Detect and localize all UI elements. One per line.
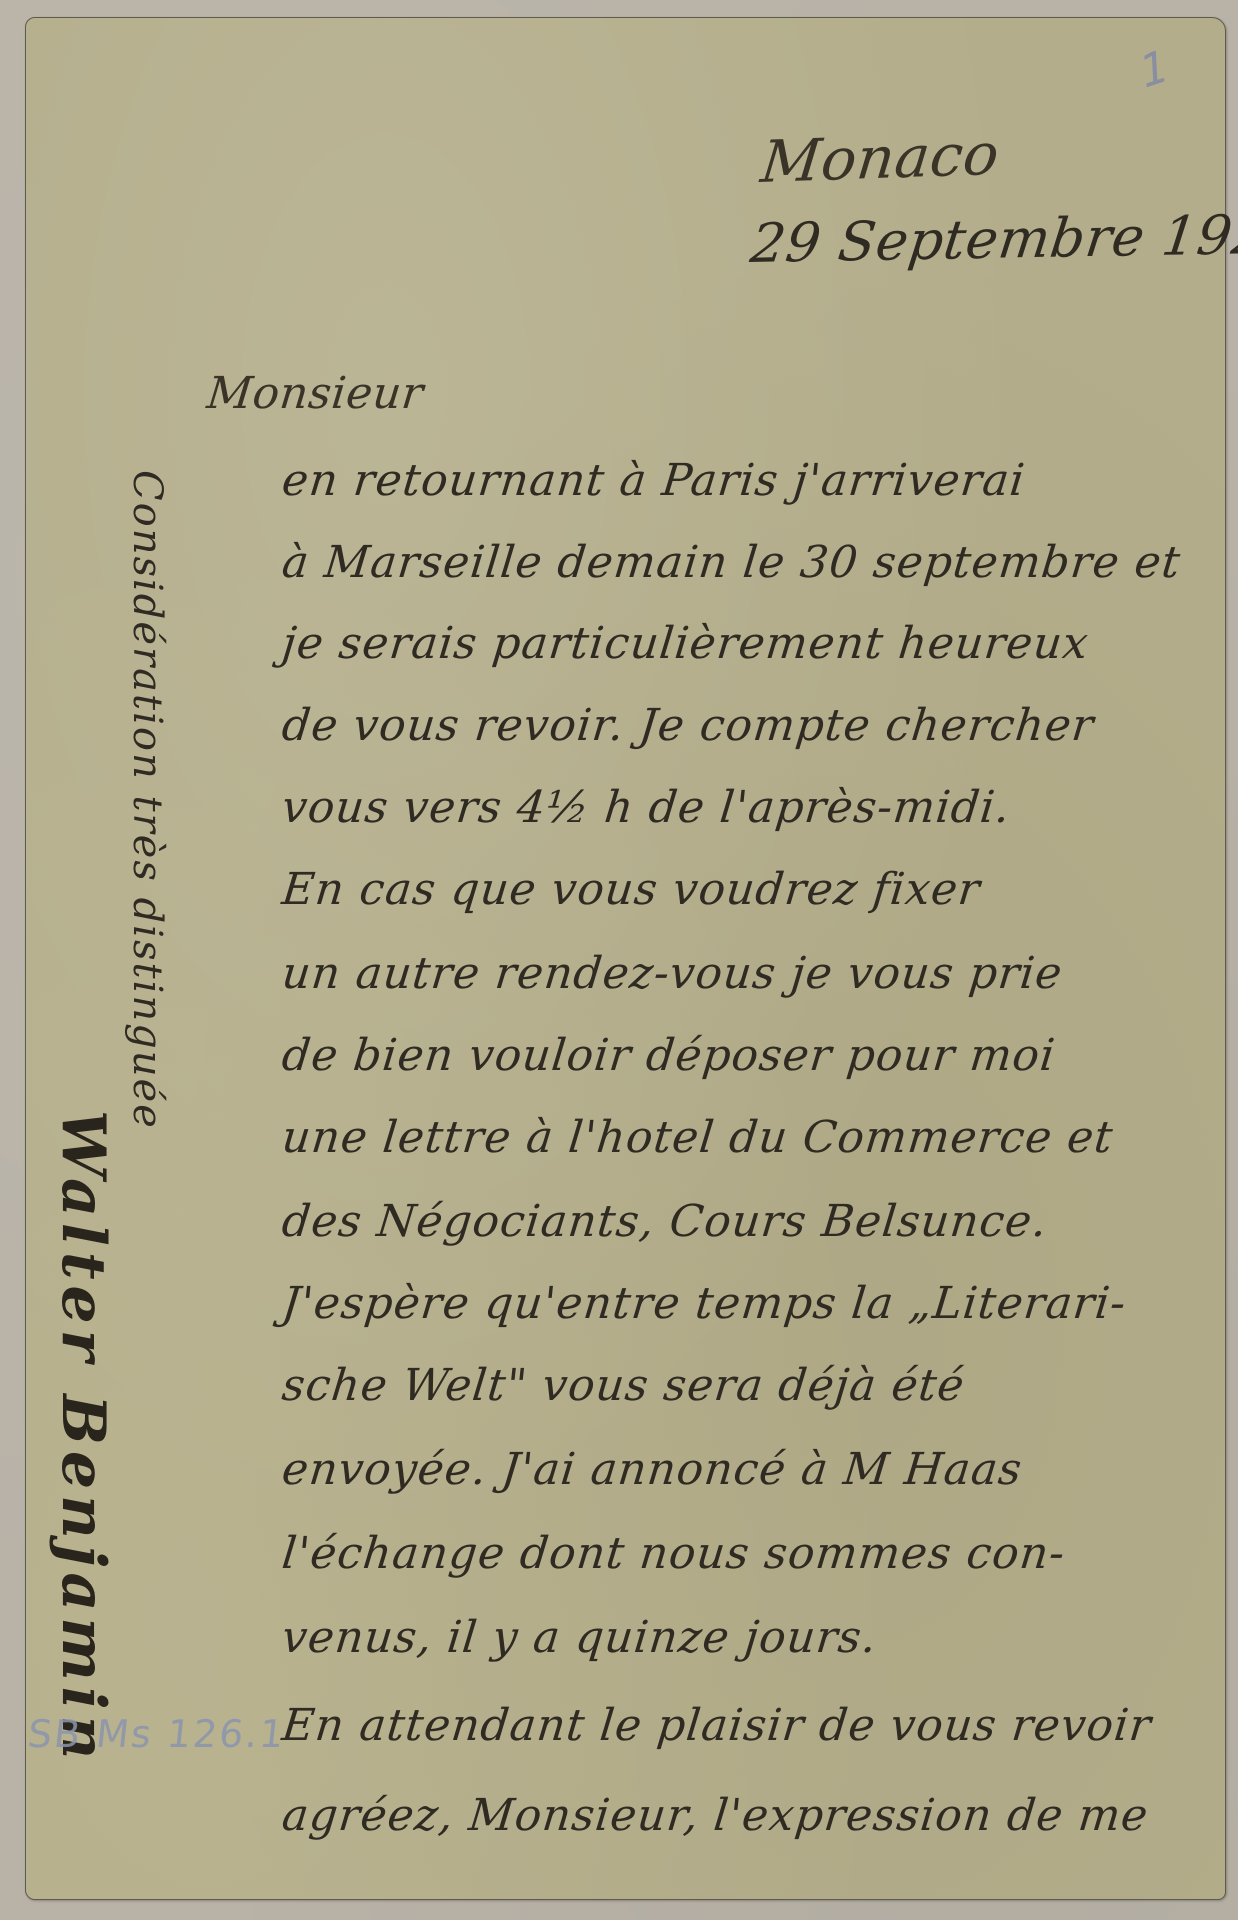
- body-line: de bien vouloir déposer pour moi: [280, 1030, 1058, 1081]
- salutation: Monsieur: [205, 368, 426, 419]
- body-line: vous vers 4½ h de l'après-midi.: [280, 782, 1013, 833]
- body-line: à Marseille demain le 30 septembre et: [280, 537, 1184, 588]
- body-line: agréez, Monsieur, l'expression de me: [280, 1790, 1151, 1841]
- body-line: l'échange dont nous sommes con-: [280, 1528, 1068, 1579]
- body-line: envoyée. J'ai annoncé à M Haas: [280, 1444, 1025, 1495]
- body-line: un autre rendez-vous je vous prie: [280, 948, 1065, 999]
- margin-closing: Considération très distinguée: [124, 470, 170, 1130]
- shelfmark-annotation: SB Ms 126.1: [26, 1712, 288, 1756]
- body-line: venus, il y a quinze jours.: [280, 1612, 880, 1663]
- margin-closing-prefix: Considération: [124, 470, 170, 781]
- body-line: sche Welt" vous sera déjà été: [280, 1360, 968, 1411]
- letter-place: Monaco: [758, 120, 1003, 196]
- body-line: J'espère qu'entre temps la „Literari-: [280, 1278, 1129, 1329]
- body-line: des Négociants, Cours Belsunce.: [280, 1196, 1050, 1247]
- body-line: En cas que vous voudrez fixer: [280, 864, 983, 915]
- folio-number: 1: [1139, 39, 1168, 100]
- body-line: une lettre à l'hotel du Commerce et: [280, 1112, 1116, 1163]
- margin-closing-text: très distinguée: [124, 795, 170, 1129]
- signature: Walter Benjamin: [48, 1110, 118, 1765]
- body-line: En attendant le plaisir de vous revoir: [280, 1700, 1154, 1751]
- body-line: de vous revoir. Je compte chercher: [280, 700, 1097, 751]
- letter-date: 29 Septembre 1926: [747, 202, 1238, 275]
- body-line: en retournant à Paris j'arriverai: [280, 455, 1028, 506]
- body-line: je serais particulièrement heureux: [280, 618, 1092, 669]
